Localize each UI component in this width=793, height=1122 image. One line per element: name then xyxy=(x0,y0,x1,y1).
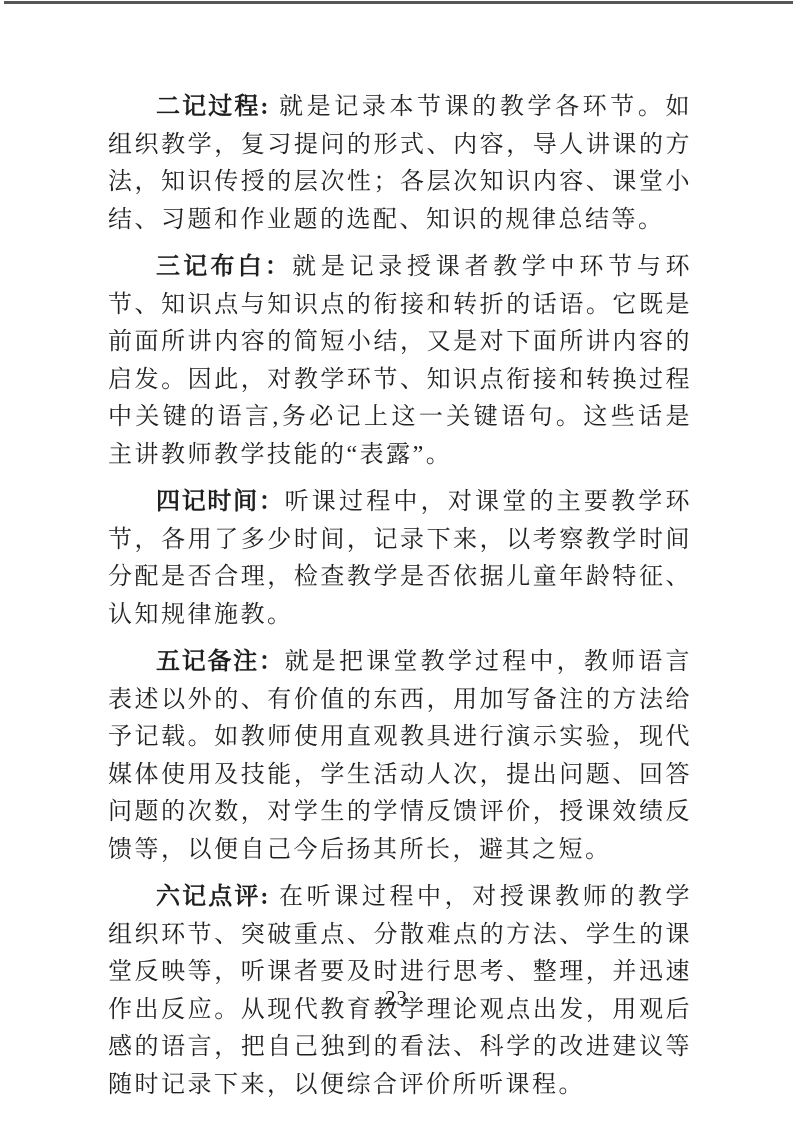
scan-artifact-line xyxy=(4,1,793,4)
paragraph-5-notes: 五记备注：就是把课堂教学过程中，教师语言表述以外的、有价值的东西，用加写备注的方… xyxy=(108,644,692,869)
paragraph-body: 就是把课堂教学过程中，教师语言表述以外的、有价值的东西，用加写备注的方法给予记载… xyxy=(108,649,692,863)
paragraph-body: 就是记录授课者教学中环节与环节、知识点与知识点的衔接和转折的话语。它既是前面所讲… xyxy=(108,254,692,468)
paragraph-heading: 四记时间： xyxy=(156,489,285,515)
paragraph-2-process: 二记过程: 就是记录本节课的教学各环节。如组织教学，复习提问的形式、内容，导人讲… xyxy=(108,89,692,239)
paragraph-4-time: 四记时间：听课过程中，对课堂的主要教学环节，各用了多少时间，记录下来，以考察教学… xyxy=(108,484,692,634)
paragraph-heading: 五记备注： xyxy=(156,649,285,675)
paragraph-heading: 三记布白： xyxy=(156,254,292,280)
page-body-text: 二记过程: 就是记录本节课的教学各环节。如组织教学，复习提问的形式、内容，导人讲… xyxy=(108,89,692,1114)
page-number: 23 xyxy=(0,986,793,1011)
paragraph-heading: 二记过程: xyxy=(156,94,269,120)
paragraph-heading: 六记点评: xyxy=(156,884,269,910)
document-page: 二记过程: 就是记录本节课的教学各环节。如组织教学，复习提问的形式、内容，导人讲… xyxy=(0,0,793,1122)
paragraph-3-pause: 三记布白：就是记录授课者教学中环节与环节、知识点与知识点的衔接和转折的话语。它既… xyxy=(108,249,692,474)
